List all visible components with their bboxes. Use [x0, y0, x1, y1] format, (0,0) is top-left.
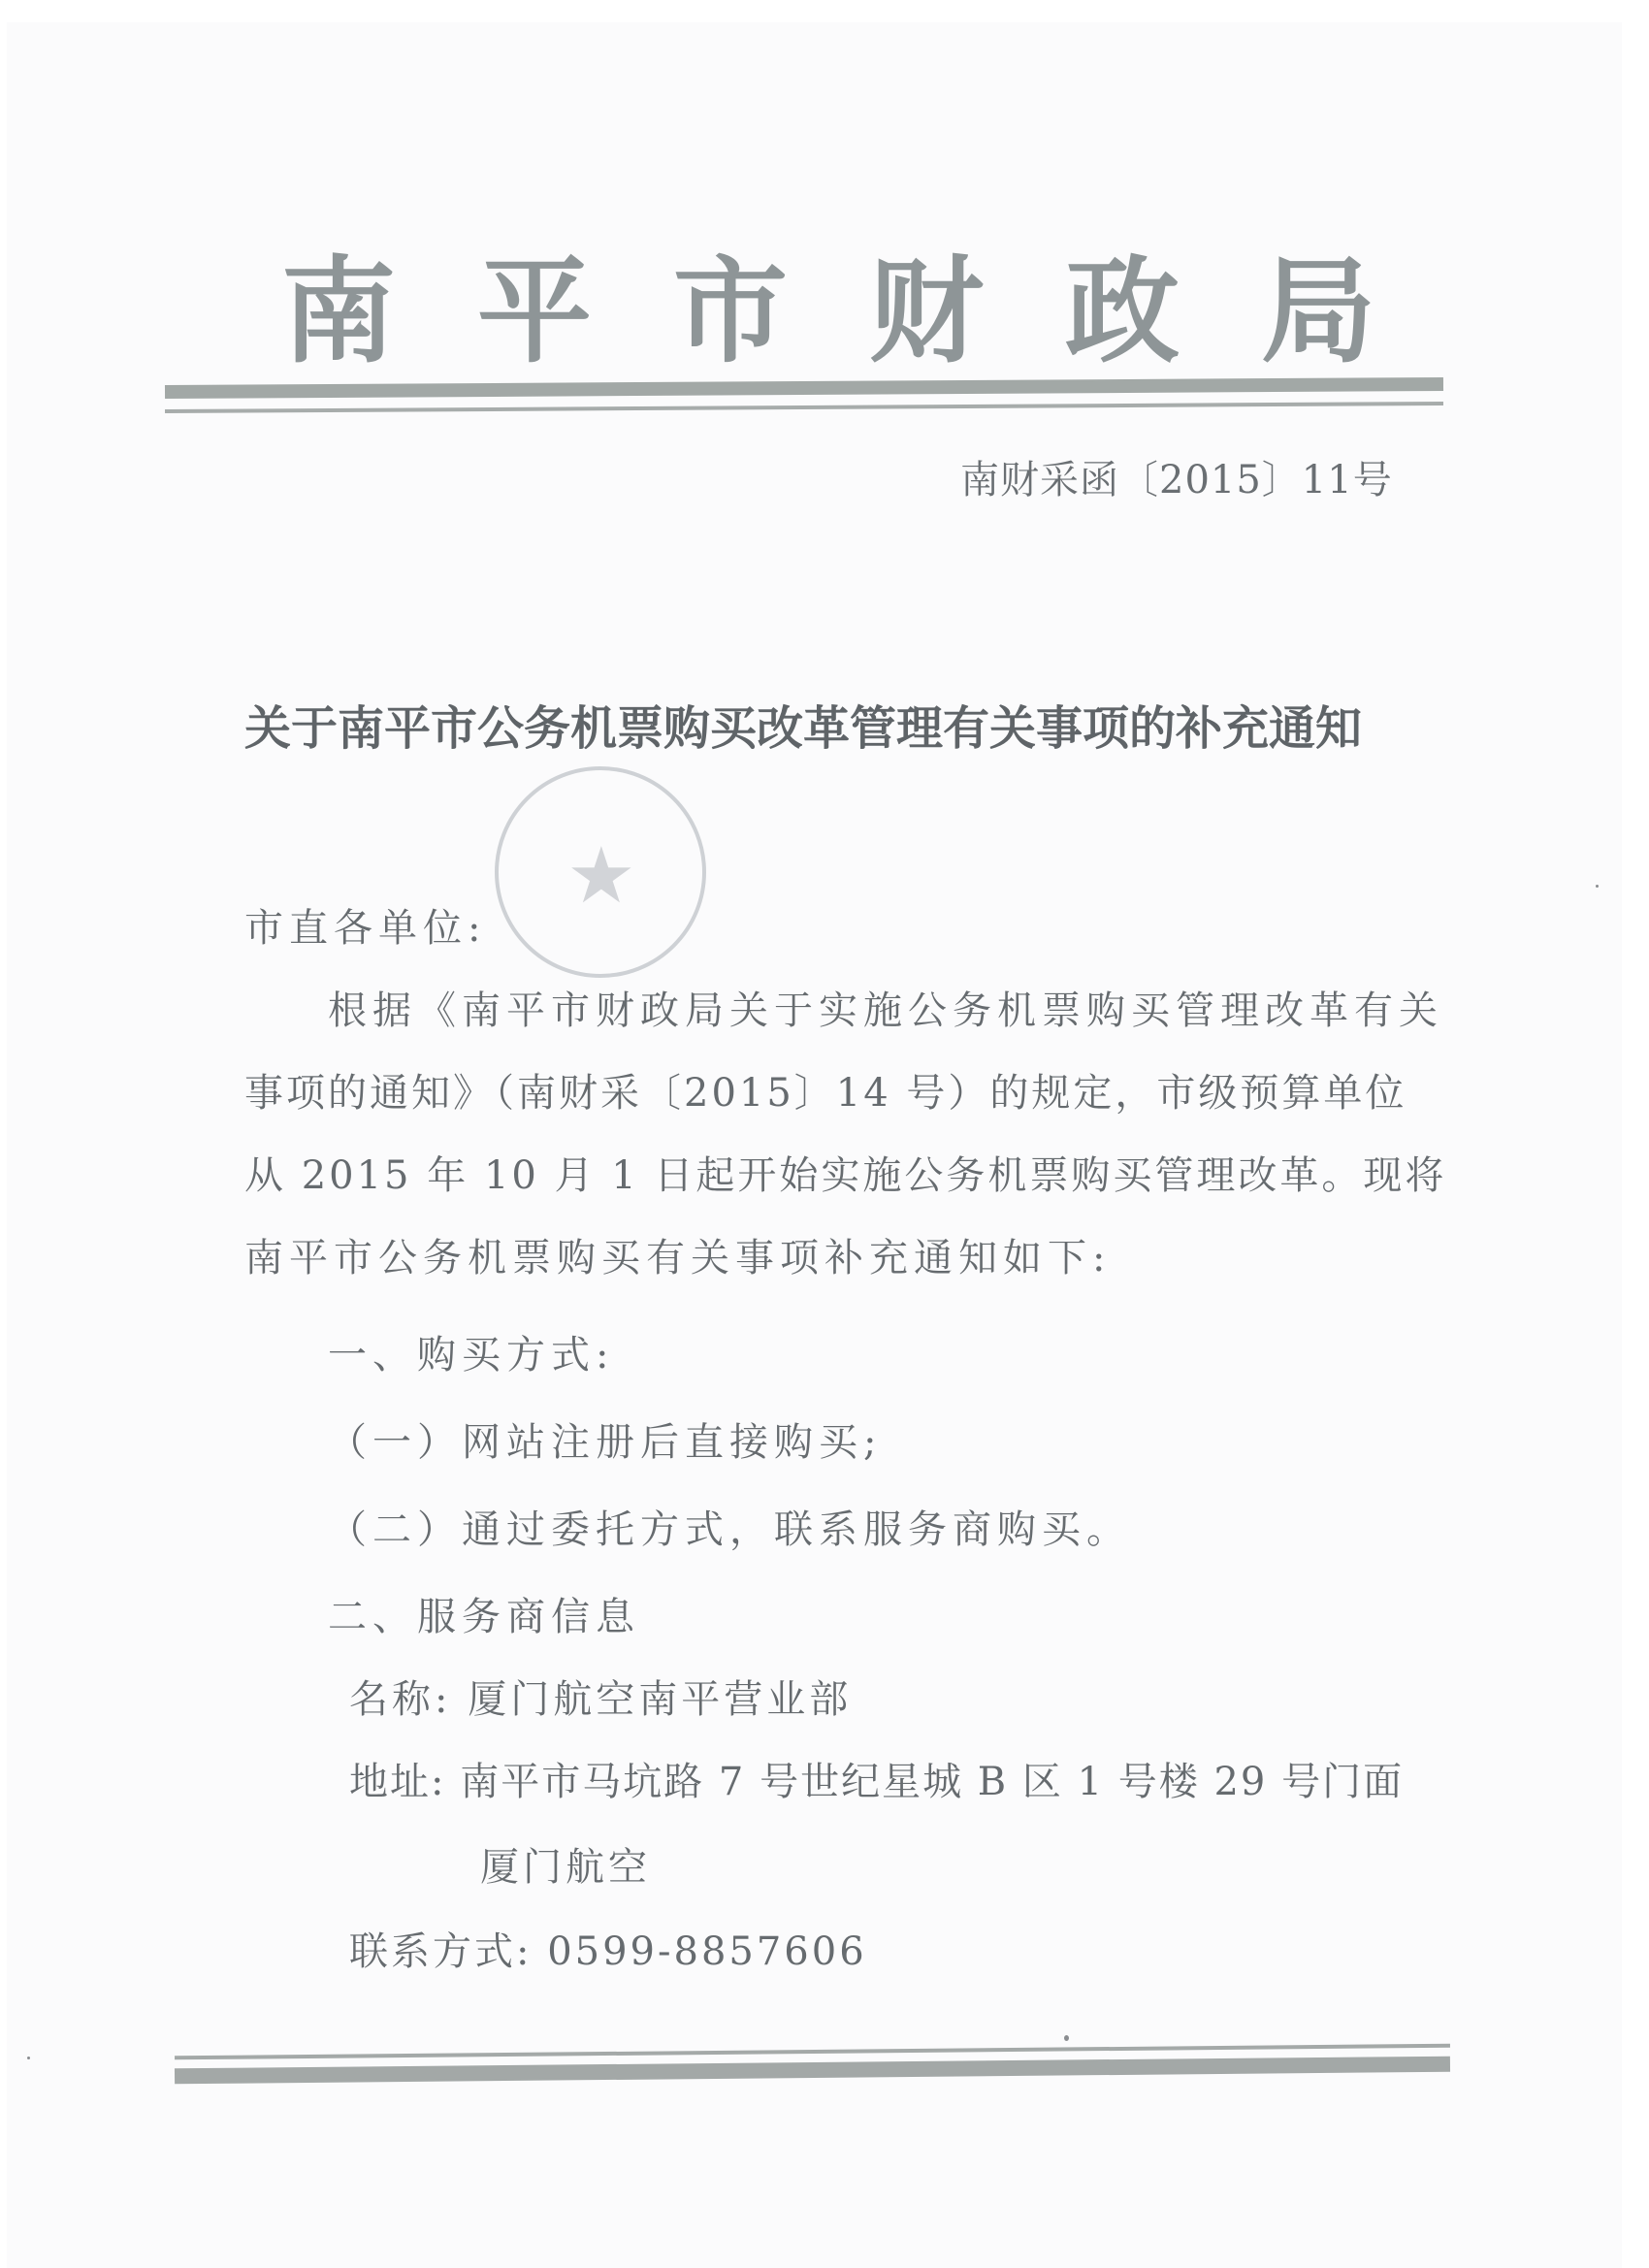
scan-speck: [27, 2057, 30, 2059]
provider-address: 地址: 南平市马坑路 7 号世纪星城 B 区 1 号楼 29 号门面: [349, 1751, 1404, 1806]
document-number: 南财采函〔2015〕11号: [960, 449, 1393, 504]
masthead-title: 南平市财政局: [281, 254, 1457, 369]
addressee: 市直各单位:: [244, 897, 486, 953]
provider-name: 名称: 厦门航空南平营业部: [349, 1669, 852, 1724]
body-line-4: 南平市公务机票购买有关事项补充通知如下:: [244, 1227, 1111, 1282]
section-1-heading: 一、购买方式:: [328, 1324, 614, 1379]
body-line-1: 根据《南平市财政局关于实施公务机票购买管理改革有关: [328, 980, 1443, 1035]
section-2-heading: 二、服务商信息: [328, 1586, 640, 1641]
seal-star-icon: ★: [566, 830, 636, 921]
document-title: 关于南平市公务机票购买改革管理有关事项的补充通知: [244, 691, 1362, 758]
section-1-item-1: （一）网站注册后直接购买;: [328, 1411, 882, 1467]
scan-speck: [1064, 2035, 1069, 2041]
section-1-item-2: （二）通过委托方式，联系服务商购买。: [328, 1499, 1131, 1554]
provider-contact: 联系方式: 0599-8857606: [349, 1921, 867, 1976]
body-line-2: 事项的通知》（南财采〔2015〕14 号）的规定，市级预算单位: [244, 1062, 1406, 1118]
official-seal: ★: [495, 766, 706, 978]
provider-address-continued: 厦门航空: [480, 1836, 651, 1892]
body-line-3: 从 2015 年 10 月 1 日起开始实施公务机票购买管理改革。现将: [244, 1145, 1446, 1200]
scan-speck: [1596, 885, 1599, 888]
